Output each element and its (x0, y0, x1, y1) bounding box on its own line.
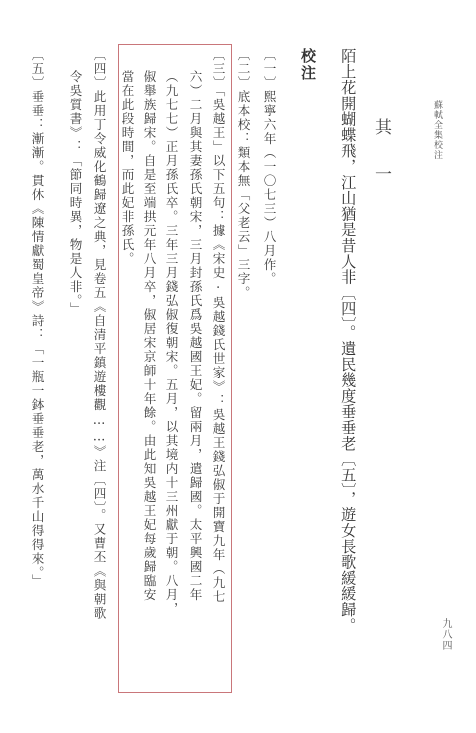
note-2: 〔二〕底本校：類本無「父老云」三字。 (236, 48, 249, 300)
note-5: 〔五〕垂垂：漸漸。貫休《陳情獻蜀皇帝》詩：「一瓶一鉢垂垂老，萬水千山得得來。」 (30, 48, 43, 588)
note-3-col-5: 當在此段時間，而此妃非孫氏。 (120, 70, 133, 266)
poem-title: 其一 (372, 118, 389, 212)
page-number: 九八四 (440, 618, 450, 651)
note-3-col-2: 六）二月與其妻孫氏朝宋，三月封孫氏爲吳越國王妃。留兩月，遣歸國。太平興國二年 (188, 70, 201, 602)
poem-line: 陌上花開蝴蝶飛，江山猶是昔人非〔四〕。遺民幾度垂垂老〔五〕，遊女長歌緩緩歸。 (340, 48, 355, 633)
note-3-col-1: 〔三〕「吳越王」以下五句：據《宋史·吳越錢氏世家》：吳越王錢弘俶于開寶九年（九七 (211, 48, 224, 604)
note-4-col-1: 〔四〕此用丁令威化鶴歸遼之典，見卷五《自清平鎮遊樓觀……》注〔四〕。又曹丕《與朝… (92, 48, 105, 621)
running-head: 蘇軾全集校注 (432, 100, 441, 160)
notes-section-title: 校注 (300, 48, 315, 82)
note-3-col-3: （九七七）正月孫氏卒。三年三月錢弘俶復朝宋。五月，以其境内十三州獻于朝。八月， (164, 70, 177, 616)
note-1: 〔一〕熙寧六年（一〇七三）八月作。 (262, 48, 275, 286)
note-3-col-4: 俶舉族歸宋。自是至端拱元年八月卒，俶居宋京師十年餘。由此知吳越王妃每歲歸臨安 (142, 70, 155, 602)
note-4-col-2: 令吳質書》：「節同時異，物是人非。」 (68, 70, 81, 316)
